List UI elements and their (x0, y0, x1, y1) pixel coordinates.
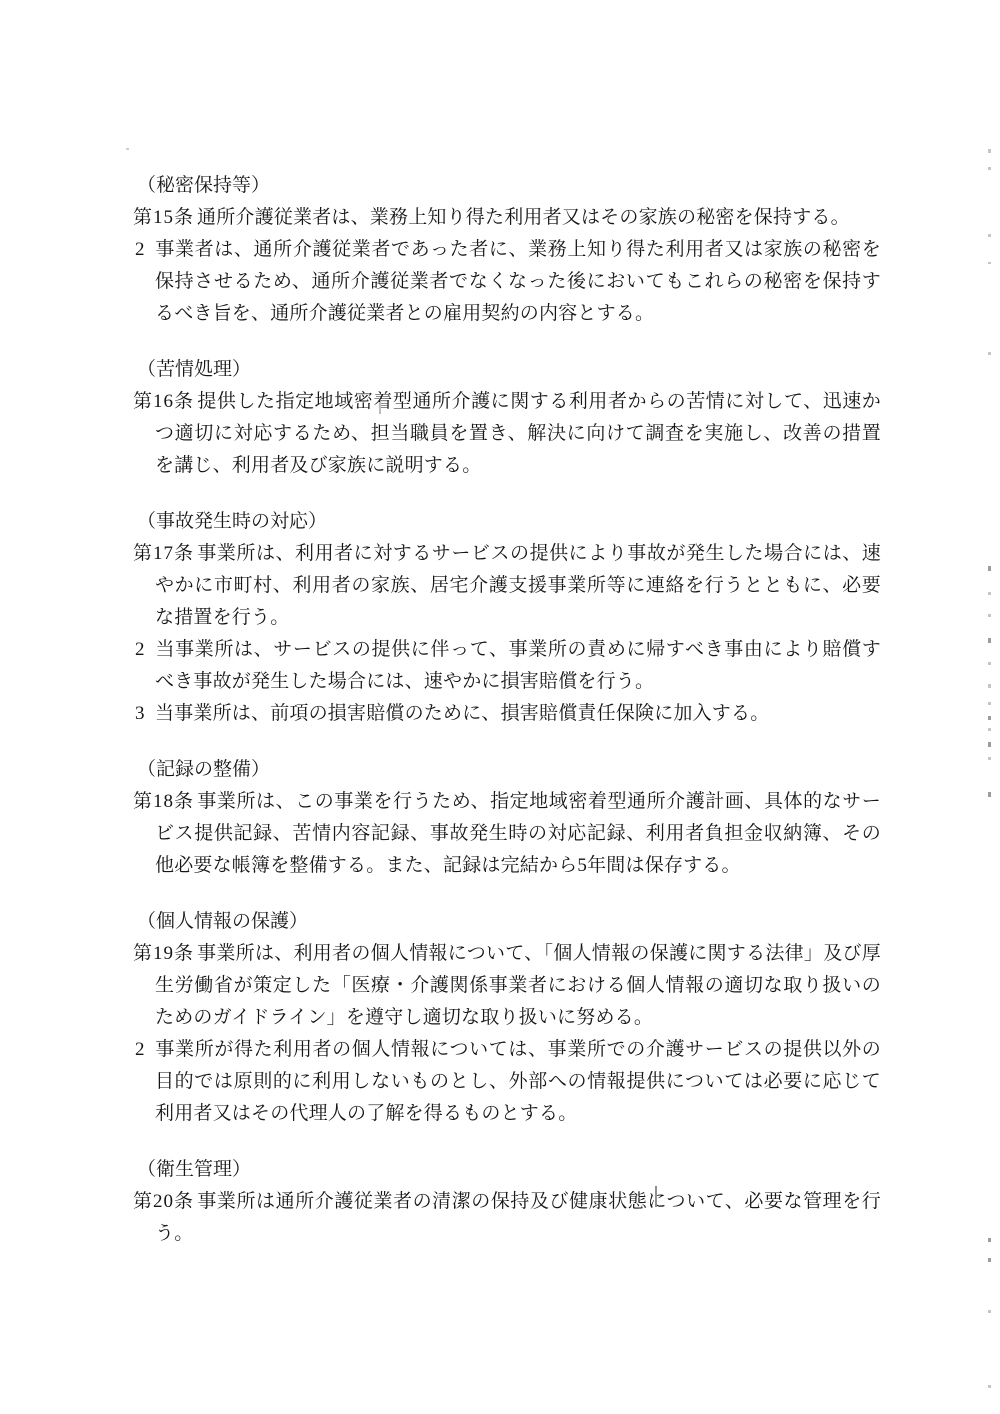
article-number-label: 第17条 (133, 538, 197, 570)
item-number-label: 3 (133, 698, 155, 730)
document-content: （秘密保持等） 第15条通所介護従業者は、業務上知り得た利用者又はその家族の秘密… (133, 170, 881, 1274)
article-paragraph: 第17条事業所は、利用者に対するサービスの提供により事故が発生した場合には、速や… (133, 538, 881, 634)
scan-artifact (126, 148, 129, 150)
article-number-label: 第18条 (133, 786, 197, 818)
scanned-document-page: （秘密保持等） 第15条通所介護従業者は、業務上知り得た利用者又はその家族の秘密… (0, 0, 1000, 1414)
paragraph-text: 事業所が得た利用者の個人情報については、事業所での介護サービスの提供以外の目的で… (155, 1039, 881, 1124)
scan-artifact (988, 1385, 991, 1388)
scan-artifact (988, 1238, 991, 1242)
scan-artifact (988, 728, 991, 731)
scan-artifact (988, 716, 991, 720)
numbered-paragraph: 2事業所が得た利用者の個人情報については、事業所での介護サービスの提供以外の目的… (133, 1034, 881, 1130)
scan-artifact (988, 757, 991, 760)
article-paragraph: 第20条事業所は通所介護従業者の清潔の保持及び健康状態について、必要な管理を行う… (133, 1186, 881, 1250)
scan-artifact (988, 352, 991, 355)
scan-artifact (988, 167, 991, 170)
item-number-label: 2 (133, 1034, 155, 1066)
article-paragraph: 第18条事業所は、この事業を行うため、指定地域密着型通所介護計画、具体的なサービ… (133, 786, 881, 882)
paragraph-text: 当事業所は、前項の損害賠償のために、損害賠償責任保険に加入する。 (155, 703, 769, 724)
section-confidentiality: （秘密保持等） 第15条通所介護従業者は、業務上知り得た利用者又はその家族の秘密… (133, 170, 881, 330)
numbered-paragraph: 2当事業所は、サービスの提供に伴って、事業所の責めに帰すべき事由により賠償すべき… (133, 634, 881, 698)
scan-artifact (988, 149, 991, 153)
paragraph-text: 提供した指定地域密着型通所介護に関する利用者からの苦情に対して、迅速かつ適切に対… (155, 391, 881, 476)
scan-artifact (988, 234, 991, 237)
scan-artifact (988, 662, 991, 665)
section-heading: （衛生管理） (137, 1154, 881, 1186)
article-number-label: 第20条 (133, 1186, 197, 1218)
paragraph-text: 事業者は、通所介護従業者であった者に、業務上知り得た利用者又は家族の秘密を保持さ… (155, 239, 881, 324)
scan-artifact (988, 262, 991, 264)
paragraph-text: 事業所は、利用者の個人情報について、「個人情報の保護に関する法律」及び厚生労働省… (155, 943, 881, 1028)
scan-artifact (988, 614, 991, 617)
scan-artifact (988, 566, 991, 571)
scan-artifact (988, 592, 991, 595)
scan-artifact (988, 638, 991, 643)
article-paragraph: 第19条事業所は、利用者の個人情報について、「個人情報の保護に関する法律」及び厚… (133, 938, 881, 1034)
scan-artifact (988, 742, 991, 747)
scan-artifact (988, 1258, 991, 1262)
scan-artifact (655, 1186, 657, 1207)
paragraph-text: 事業所は、利用者に対するサービスの提供により事故が発生した場合には、速やかに市町… (155, 543, 881, 628)
scan-artifact (379, 402, 381, 414)
section-heading: （記録の整備） (137, 754, 881, 786)
scan-artifact (988, 792, 991, 797)
paragraph-text: 事業所は、この事業を行うため、指定地域密着型通所介護計画、具体的なサービス提供記… (155, 791, 881, 876)
article-number-label: 第16条 (133, 386, 197, 418)
article-number-label: 第15条 (133, 202, 197, 234)
numbered-paragraph: 2事業者は、通所介護従業者であった者に、業務上知り得た利用者又は家族の秘密を保持… (133, 234, 881, 330)
numbered-paragraph: 3当事業所は、前項の損害賠償のために、損害賠償責任保険に加入する。 (133, 698, 881, 730)
section-heading: （苦情処理） (137, 354, 881, 386)
section-record-keeping: （記録の整備） 第18条事業所は、この事業を行うため、指定地域密着型通所介護計画… (133, 754, 881, 882)
section-complaint-handling: （苦情処理） 第16条提供した指定地域密着型通所介護に関する利用者からの苦情に対… (133, 354, 881, 482)
section-personal-information: （個人情報の保護） 第19条事業所は、利用者の個人情報について、「個人情報の保護… (133, 906, 881, 1130)
section-accident-response: （事故発生時の対応） 第17条事業所は、利用者に対するサービスの提供により事故が… (133, 506, 881, 730)
article-paragraph: 第16条提供した指定地域密着型通所介護に関する利用者からの苦情に対して、迅速かつ… (133, 386, 881, 482)
scan-artifact (988, 1310, 991, 1313)
item-number-label: 2 (133, 234, 155, 266)
article-paragraph: 第15条通所介護従業者は、業務上知り得た利用者又はその家族の秘密を保持する。 (133, 202, 881, 234)
paragraph-text: 当事業所は、サービスの提供に伴って、事業所の責めに帰すべき事由により賠償すべき事… (155, 639, 881, 692)
section-heading: （個人情報の保護） (137, 906, 881, 938)
section-hygiene-management: （衛生管理） 第20条事業所は通所介護従業者の清潔の保持及び健康状態について、必… (133, 1154, 881, 1250)
article-number-label: 第19条 (133, 938, 197, 970)
item-number-label: 2 (133, 634, 155, 666)
section-heading: （事故発生時の対応） (137, 506, 881, 538)
paragraph-text: 事業所は通所介護従業者の清潔の保持及び健康状態について、必要な管理を行う。 (155, 1191, 881, 1244)
scan-artifact (988, 684, 991, 688)
scan-artifact (988, 702, 991, 705)
paragraph-text: 通所介護従業者は、業務上知り得た利用者又はその家族の秘密を保持する。 (197, 207, 850, 228)
section-heading: （秘密保持等） (137, 170, 881, 202)
